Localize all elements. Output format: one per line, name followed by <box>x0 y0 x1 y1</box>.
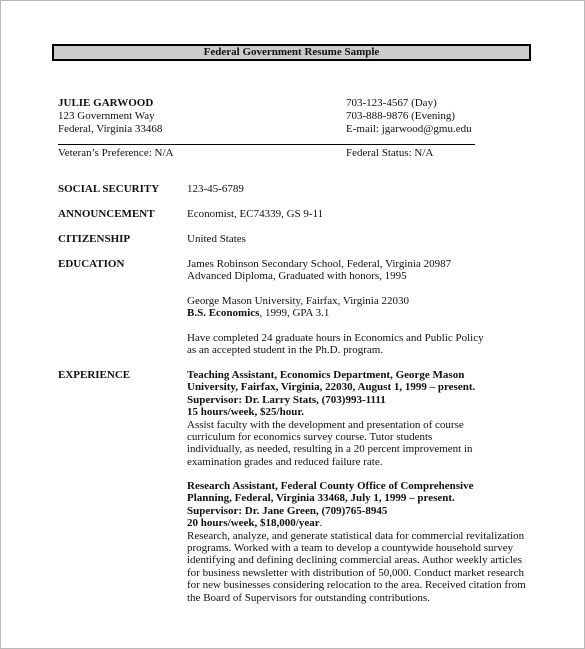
job-description-line: Research, analyze, and generate statisti… <box>187 530 526 542</box>
section-label-social-security: SOCIAL SECURITY <box>58 183 159 196</box>
job-description-line: identifying and defining declining comme… <box>187 554 526 566</box>
job-supervisor: Supervisor: Dr. Jane Green, (709)765-894… <box>187 505 526 517</box>
job-description-line: Assist faculty with the development and … <box>187 419 475 431</box>
job-description-line: the Board of Supervisors for outstanding… <box>187 592 526 604</box>
section-label-announcement: ANNOUNCEMENT <box>58 208 155 221</box>
document-title: Federal Government Resume Sample <box>204 46 380 58</box>
citizenship-value: United States <box>187 233 246 246</box>
education-degree-details: , 1999, GPA 3.1 <box>259 307 329 319</box>
announcement-value: Economist, EC74339, GS 9-11 <box>187 208 323 221</box>
email: E-mail: jgarwood@gmu.edu <box>346 123 472 136</box>
header-divider <box>58 144 475 145</box>
veterans-preference: Veteran’s Preference: N/A <box>58 147 173 160</box>
federal-status: Federal Status: N/A <box>346 147 433 160</box>
job-description-line: programs. Worked with a team to develop … <box>187 542 526 554</box>
job-hours-pay-line: 20 hours/week, $18,000/year. <box>187 517 526 529</box>
address-line-2: Federal, Virginia 33468 <box>58 123 162 136</box>
section-label-citizenship: CITIZENSHIP <box>58 233 130 246</box>
job-header-line: Teaching Assistant, Economics Department… <box>187 369 475 381</box>
job-description-line: curriculum for economics survey course. … <box>187 431 475 443</box>
job-header-line: Research Assistant, Federal County Offic… <box>187 480 526 492</box>
job-description-line: for business newsletter with distributio… <box>187 567 526 579</box>
job-header-line: Planning, Federal, Virginia 33468, July … <box>187 492 526 504</box>
education-degree: B.S. Economics <box>187 307 259 319</box>
applicant-name: JULIE GARWOOD <box>58 97 153 110</box>
job-supervisor: Supervisor: Dr. Larry Stats, (703)993-11… <box>187 394 475 406</box>
job-hours-pay: 20 hours/week, $18,000/year <box>187 517 320 529</box>
section-label-education: EDUCATION <box>58 258 124 271</box>
section-label-experience: EXPERIENCE <box>58 369 130 382</box>
job-entry: Teaching Assistant, Economics Department… <box>187 369 475 468</box>
job-description-line: examination grades and reduced failure r… <box>187 456 475 468</box>
job-description-line: for new businesses considering relocatio… <box>187 579 526 591</box>
job-description-line: individually, as needed, resulting in a … <box>187 443 475 455</box>
education-school2-line2: B.S. Economics, 1999, GPA 3.1 <box>187 307 329 320</box>
phone-day: 703-123-4567 (Day) <box>346 97 437 110</box>
job-entry: Research Assistant, Federal County Offic… <box>187 480 526 604</box>
address-line-1: 123 Government Way <box>58 110 155 123</box>
phone-evening: 703-888-9876 (Evening) <box>346 110 455 123</box>
job-header-line: University, Fairfax, Virginia, 22030, Au… <box>187 381 475 393</box>
education-school1-line2: Advanced Diploma, Graduated with honors,… <box>187 270 407 283</box>
job-hours-pay: 15 hours/week, $25/hour. <box>187 406 475 418</box>
social-security-value: 123-45-6789 <box>187 183 244 196</box>
job-hours-pay-suffix: . <box>320 517 323 529</box>
document-title-bar: Federal Government Resume Sample <box>52 44 531 61</box>
education-graduate-line2: as an accepted student in the Ph.D. prog… <box>187 344 383 357</box>
